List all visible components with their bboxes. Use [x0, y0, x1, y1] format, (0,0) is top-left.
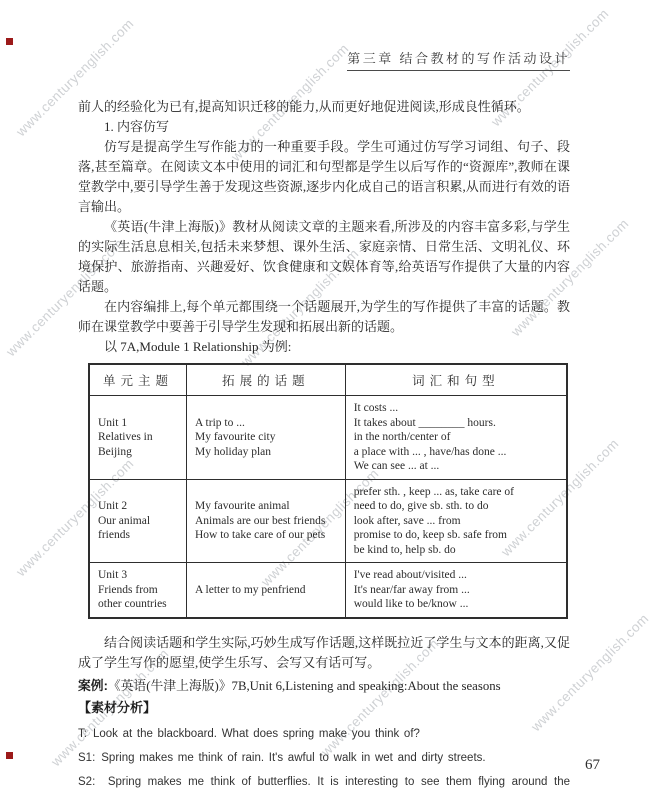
- red-corner-mark-bottom: [6, 752, 13, 759]
- page-content: 第三章 结合教材的写作活动设计 前人的经验化为已有,提高知识迁移的能力,从而更好…: [78, 48, 570, 798]
- chapter-title: 第三章 结合教材的写作活动设计: [347, 48, 570, 71]
- dialogue-line-student1: S1:Spring makes me think of rain. It's a…: [78, 750, 570, 766]
- cell-unit-2: Unit 2 Our animal friends: [89, 479, 187, 563]
- column-header-topics: 拓展的话题: [187, 364, 346, 396]
- paragraph-textbook: 《英语(牛津上海版)》教材从阅读文章的主题来看,所涉及的内容丰富多彩,与学生的实…: [78, 217, 570, 297]
- dialogue-block: T:Look at the blackboard. What does spri…: [78, 726, 570, 790]
- dialogue-line-student2: S2: Spring makes me think of butterflies…: [78, 774, 570, 790]
- page-number: 67: [585, 757, 600, 774]
- cell-topics-2: My favourite animal Animals are our best…: [187, 479, 346, 563]
- paragraph-intro: 前人的经验化为已有,提高知识迁移的能力,从而更好地促进阅读,形成良性循环。: [78, 97, 570, 117]
- book-page: www.centuryenglish.comwww.centuryenglish…: [0, 0, 649, 800]
- unit-topics-table: 单元主题 拓展的话题 词汇和句型 Unit 1 Relatives in Bei…: [88, 363, 568, 619]
- paragraph-example-intro: 以 7A,Module 1 Relationship 为例:: [78, 337, 570, 357]
- column-header-phrases: 词汇和句型: [345, 364, 567, 396]
- table-header-row: 单元主题 拓展的话题 词汇和句型: [89, 364, 567, 396]
- cell-unit-1: Unit 1 Relatives in Beijing: [89, 396, 187, 480]
- dialogue-text: Spring makes me think of rain. It's awfu…: [101, 752, 485, 764]
- red-corner-mark-top: [6, 38, 13, 45]
- body-text-after-table: 结合阅读话题和学生实际,巧妙生成写作话题,这样既拉近了学生与文本的距离,又促成了…: [78, 633, 570, 673]
- cell-phrases-2: prefer sth. , keep ... as, take care of …: [345, 479, 567, 563]
- case-label: 案例:: [78, 678, 108, 693]
- speaker-label: S2:: [78, 776, 95, 788]
- cell-phrases-1: It costs ... It takes about ________ hou…: [345, 396, 567, 480]
- dialogue-text: Spring makes me think of butterflies. It…: [108, 776, 570, 788]
- cell-unit-3: Unit 3 Friends from other countries: [89, 563, 187, 618]
- table-row: Unit 3 Friends from other countries A le…: [89, 563, 567, 618]
- analysis-heading: 【素材分析】: [78, 697, 570, 718]
- analysis-label: 【素材分析】: [78, 700, 156, 715]
- case-text: 《英语(牛津上海版)》7B,Unit 6,Listening and speak…: [108, 679, 501, 693]
- table-row: Unit 2 Our animal friends My favourite a…: [89, 479, 567, 563]
- cell-phrases-3: I've read about/visited ... It's near/fa…: [345, 563, 567, 618]
- speaker-label: S1:: [78, 752, 95, 764]
- chapter-header: 第三章 结合教材的写作活动设计: [78, 48, 570, 71]
- column-header-unit: 单元主题: [89, 364, 187, 396]
- dialogue-line-teacher: T:Look at the blackboard. What does spri…: [78, 726, 570, 742]
- table-row: Unit 1 Relatives in Beijing A trip to ..…: [89, 396, 567, 480]
- case-line: 案例:《英语(牛津上海版)》7B,Unit 6,Listening and sp…: [78, 675, 570, 697]
- paragraph-after-table: 结合阅读话题和学生实际,巧妙生成写作话题,这样既拉近了学生与文本的距离,又促成了…: [78, 633, 570, 673]
- cell-topics-3: A letter to my penfriend: [187, 563, 346, 618]
- speaker-label: T:: [78, 728, 87, 740]
- cell-topics-1: A trip to ... My favourite city My holid…: [187, 396, 346, 480]
- paragraph-arrangement: 在内容编排上,每个单元都围绕一个话题展开,为学生的写作提供了丰富的话题。教师在课…: [78, 297, 570, 337]
- body-text: 前人的经验化为已有,提高知识迁移的能力,从而更好地促进阅读,形成良性循环。 1.…: [78, 97, 570, 357]
- paragraph-imitation: 仿写是提高学生写作能力的一种重要手段。学生可通过仿写学习词组、句子、段落,甚至篇…: [78, 137, 570, 217]
- numbered-heading: 1. 内容仿写: [78, 117, 570, 137]
- dialogue-text: Look at the blackboard. What does spring…: [93, 728, 420, 740]
